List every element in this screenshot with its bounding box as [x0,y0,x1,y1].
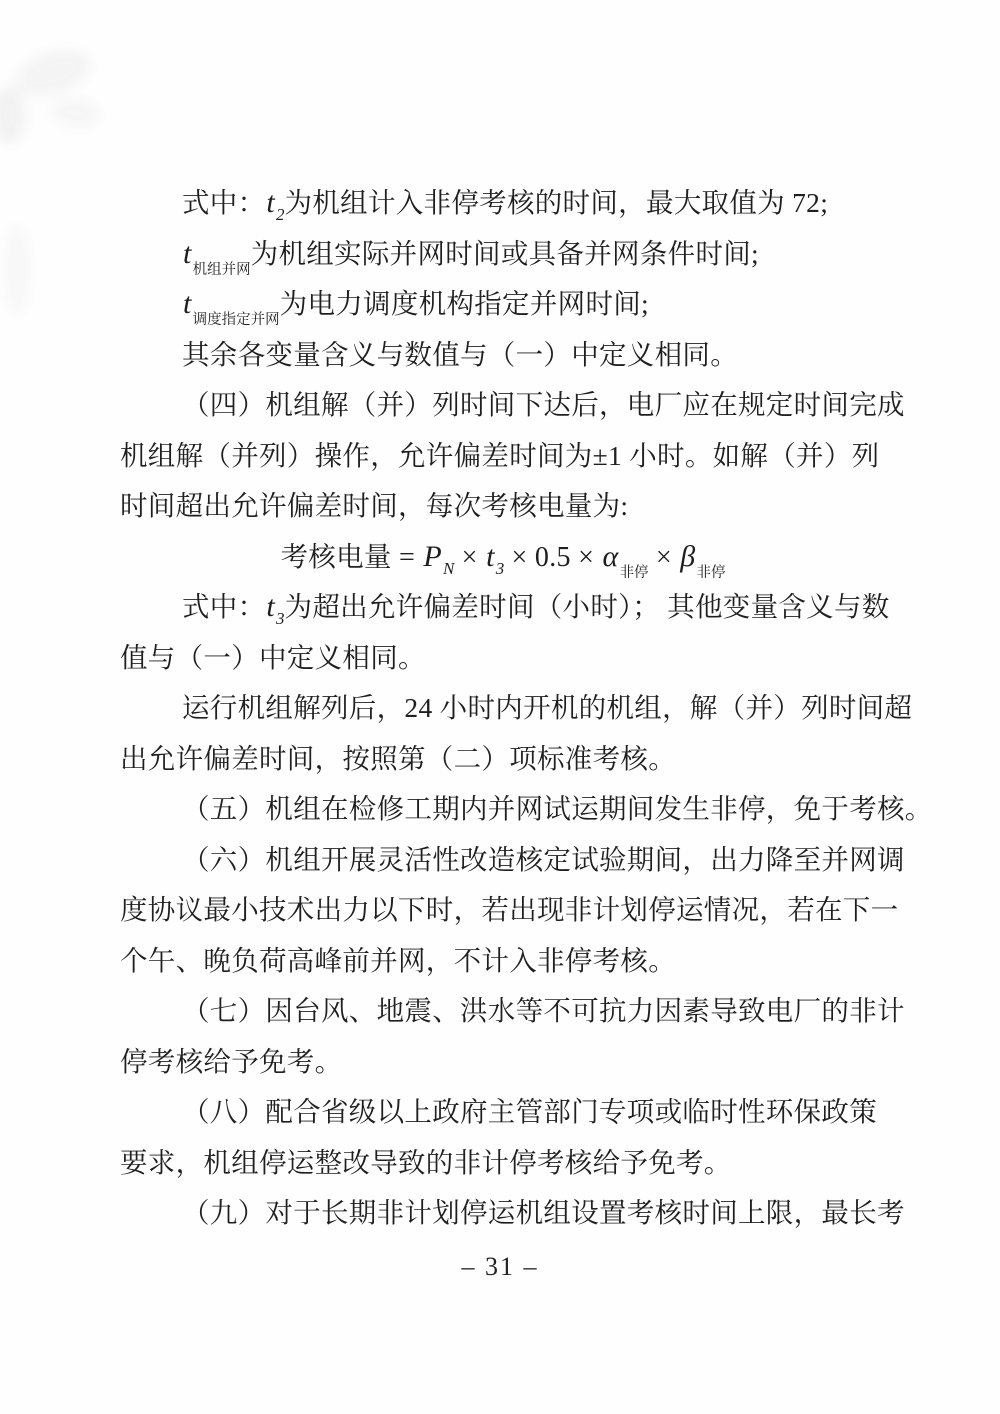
segment-var: t [182,287,193,320]
text-line: t机组并网为机组实际并网时间或具备并网条件时间; [120,229,886,280]
document-text: 式中：t2为机组计入非停考核的时间，最大取值为 72;t机组并网为机组实际并网时… [120,178,886,1239]
segment-sub: N [443,559,454,578]
text-line: 出允许偏差时间，按照第（二）项标准考核。 [120,734,886,785]
text-run: （五）机组在检修工期内并网试运期间发生非停，免于考核。 [182,793,933,824]
text-run: 值与（一）中定义相同。 [120,642,426,673]
text-run: （四）机组解（并）列时间下达后，电厂应在规定时间完成 [182,389,905,420]
text-line: 要求，机组停运整改导致的非计停考核给予免考。 [120,1138,886,1189]
text-line: t调度指定并网为电力调度机构指定并网时间; [120,279,886,330]
segment-op: × 0.5 × [504,542,601,573]
segment-subcjk: 调度指定并网 [193,312,280,328]
formula-line: 考核电量 = PN × t3 × 0.5 × α非停 × β非停 [120,532,886,583]
segment-subcjk: 非停 [697,565,726,581]
text-line: 值与（一）中定义相同。 [120,633,886,684]
segment-op: = [392,542,423,573]
page-footer: – 31 – [0,1250,1000,1284]
text-run: 式中： [182,591,265,622]
text-line: 运行机组解列后，24 小时内开机的机组，解（并）列时间超 [120,683,886,734]
text-run: 运行机组解列后，24 小时内开机的机组，解（并）列时间超 [182,692,912,723]
text-line: （四）机组解（并）列时间下达后，电厂应在规定时间完成 [120,380,886,431]
segment-var: β [679,540,696,573]
segment-sub: 3 [276,609,285,628]
text-line: 停考核给予免考。 [120,1037,886,1088]
text-run: 式中： [182,187,265,218]
text-line: （六）机组开展灵活性改造核定试验期间，出力降至并网调 [120,835,886,886]
text-run: 要求，机组停运整改导致的非计停考核给予免考。 [120,1147,732,1178]
text-run: 机组解（并列）操作，允许偏差时间为±1 小时。如解（并）列 [120,440,879,471]
text-run: 为超出允许偏差时间（小时）； 其他变量含义与数 [285,591,890,622]
text-run: 为电力调度机构指定并网时间; [280,288,649,319]
text-run: 为机组实际并网时间或具备并网条件时间; [251,238,759,269]
segment-var: P [422,540,443,573]
text-run: 时间超出允许偏差时间，每次考核电量为: [120,490,628,521]
text-run: （八）配合省级以上政府主管部门专项或临时性环保政策 [182,1096,877,1127]
text-run: （七）因台风、地震、洪水等不可抗力因素导致电厂的非计 [182,995,905,1026]
text-line: 个午、晚负荷高峰前并网，不计入非停考核。 [120,936,886,987]
segment-op: × [454,542,485,573]
text-run: （九）对于长期非计划停运机组设置考核时间上限，最长考 [182,1197,905,1228]
text-line: （九）对于长期非计划停运机组设置考核时间上限，最长考 [120,1188,886,1239]
segment-var: t [485,540,496,573]
scan-smudge [9,41,96,105]
text-line: 式中：t3为超出允许偏差时间（小时）； 其他变量含义与数 [120,582,886,633]
text-line: （八）配合省级以上政府主管部门专项或临时性环保政策 [120,1087,886,1138]
segment-subcjk: 机组并网 [193,262,251,278]
text-run: 出允许偏差时间，按照第（二）项标准考核。 [120,743,676,774]
text-run: 为机组计入非停考核的时间，最大取值为 72; [285,187,829,218]
text-run: （六）机组开展灵活性改造核定试验期间，出力降至并网调 [182,844,905,875]
segment-sub: 3 [496,559,505,578]
text-line: （五）机组在检修工期内并网试运期间发生非停，免于考核。 [120,784,886,835]
text-line: 度协议最小技术出力以下时，若出现非计划停运情况，若在下一 [120,885,886,936]
page-number: – 31 – [462,1252,539,1281]
text-run: 其余各变量含义与数值与（一）中定义相同。 [182,339,738,370]
text-line: 机组解（并列）操作，允许偏差时间为±1 小时。如解（并）列 [120,431,886,482]
segment-var: t [182,237,193,270]
document-page: 式中：t2为机组计入非停考核的时间，最大取值为 72;t机组并网为机组实际并网时… [0,0,1000,1414]
segment-var: t [265,590,276,623]
text-run: 停考核给予免考。 [120,1046,342,1077]
segment-var: α [602,540,620,573]
segment-op: × [649,542,680,573]
segment-subcjk: 非停 [620,565,649,581]
scan-smudge [0,86,26,144]
segment-sub: 2 [276,205,285,224]
text-line: 式中：t2为机组计入非停考核的时间，最大取值为 72; [120,178,886,229]
scan-smudge [4,225,30,315]
text-run: 考核电量 [280,541,391,572]
scan-smudge [50,94,102,132]
text-line: （七）因台风、地震、洪水等不可抗力因素导致电厂的非计 [120,986,886,1037]
text-line: 其余各变量含义与数值与（一）中定义相同。 [120,330,886,381]
segment-var: t [265,186,276,219]
text-run: 度协议最小技术出力以下时，若出现非计划停运情况，若在下一 [120,894,898,925]
text-run: 个午、晚负荷高峰前并网，不计入非停考核。 [120,945,676,976]
text-line: 时间超出允许偏差时间，每次考核电量为: [120,481,886,532]
